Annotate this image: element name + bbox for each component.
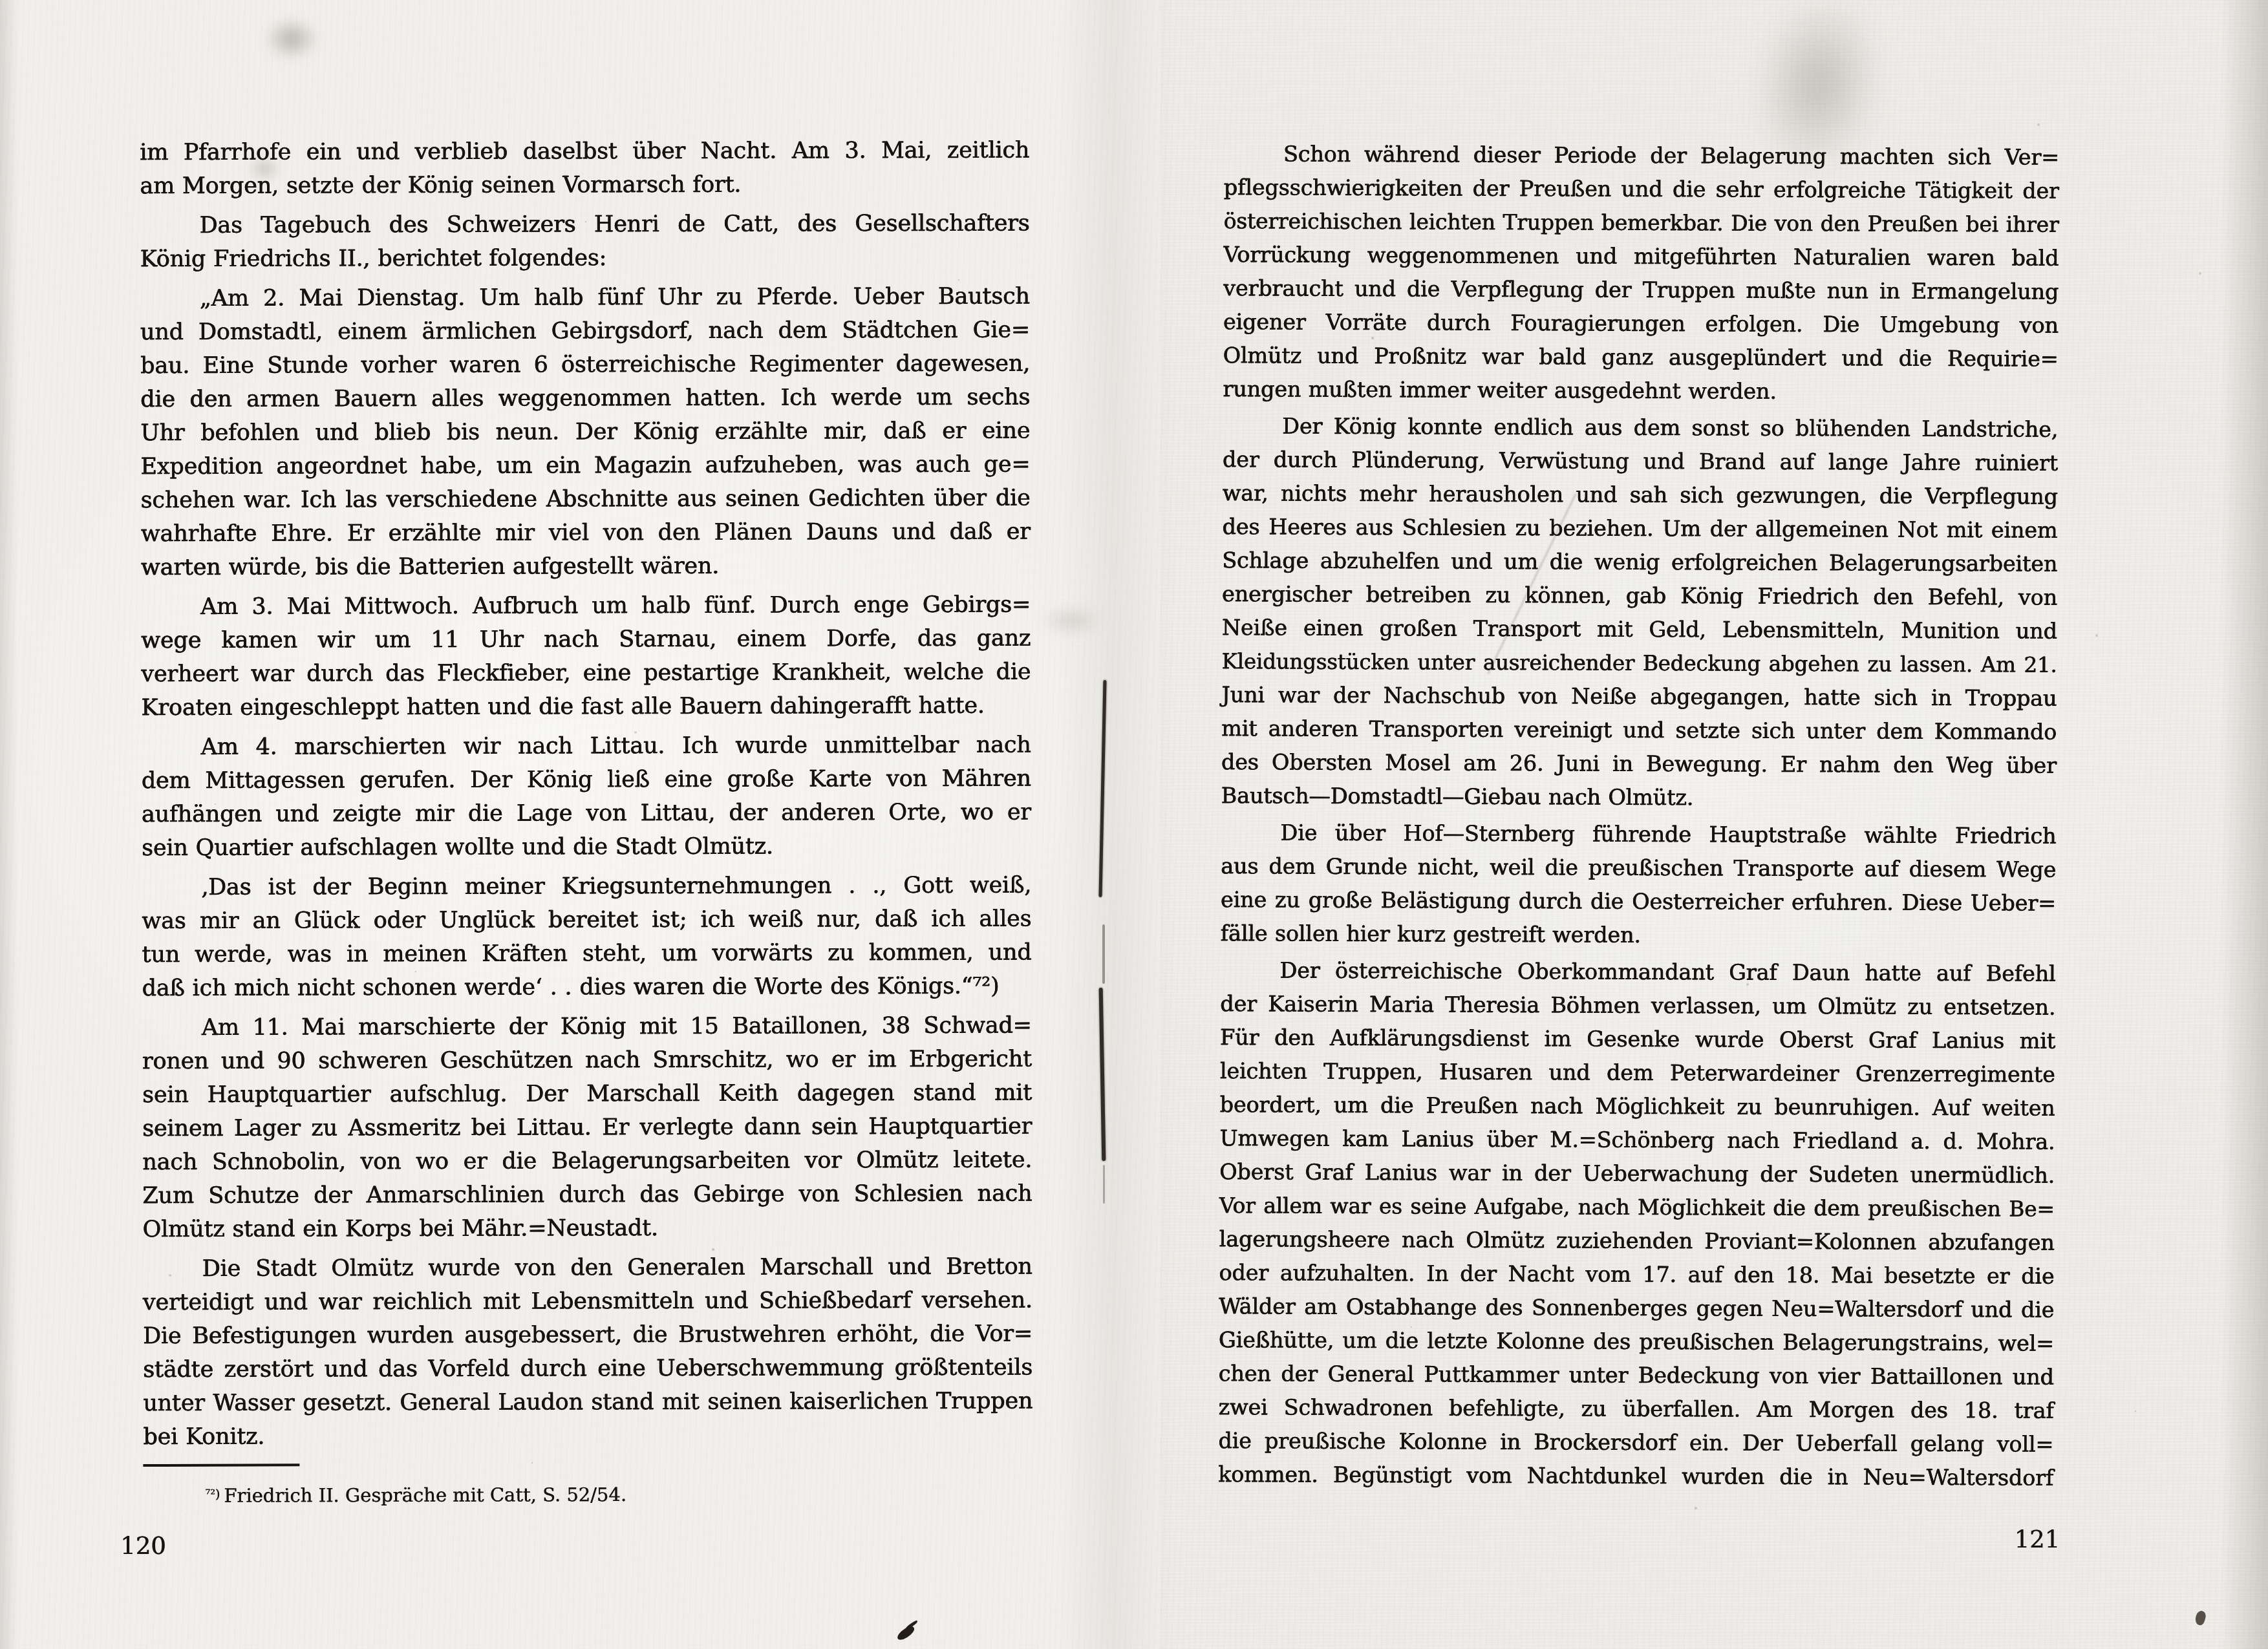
text-line: des Heeres aus Schlesien zu beziehen. Um… bbox=[1222, 510, 2057, 548]
paragraph: Die über Hof—Sternberg führende Hauptstr… bbox=[1221, 816, 2057, 954]
text-line: ronen und 90 schweren Geschützen nach Sm… bbox=[142, 1042, 1032, 1078]
footnote: ⁷²)Friedrich II. Gespräche mit Catt, S. … bbox=[143, 1478, 1032, 1509]
paper-smudge bbox=[1029, 601, 1113, 640]
page-number-left: 120 bbox=[120, 1533, 166, 1559]
text-line: daß ich mich nicht schonen werde‘ . . di… bbox=[142, 969, 1031, 1005]
text-line: Umwegen kam Lanius über M.=Schönberg nac… bbox=[1219, 1122, 2055, 1159]
text-line: im Pfarrhofe ein und verblieb daselbst ü… bbox=[140, 133, 1029, 169]
text-line: nach Schnobolin, von wo er die Belagerun… bbox=[142, 1143, 1032, 1179]
text-line: Das Tagebuch des Schweizers Henri de Cat… bbox=[140, 206, 1029, 242]
footnote-marker: ⁷²) bbox=[205, 1487, 220, 1502]
text-line: warten würde, bis die Batterien aufgeste… bbox=[141, 548, 1031, 584]
text-line: König Friedrichs II., berichtet folgende… bbox=[140, 240, 1029, 276]
text-line: energischer betreiben zu können, gab Kön… bbox=[1222, 577, 2057, 615]
text-line: eigener Vorräte durch Fouragierungen erf… bbox=[1223, 305, 2059, 343]
text-line: Wälder am Ostabhange des Sonnenberges ge… bbox=[1219, 1290, 2054, 1327]
gutter-stitch bbox=[1099, 988, 1106, 1161]
text-line: tun werde, was in meinen Kräften steht, … bbox=[142, 935, 1031, 972]
text-line: städte zerstört und das Vorfeld durch ei… bbox=[143, 1350, 1032, 1387]
text-line: Vorrückung weggenommenen und mitgeführte… bbox=[1223, 238, 2059, 275]
paper-smudge bbox=[253, 9, 330, 69]
text-line: die den armen Bauern alles weggenommen h… bbox=[140, 380, 1030, 416]
text-line: bei Konitz. bbox=[143, 1418, 1032, 1454]
text-line: bau. Eine Stunde vorher waren 6 österrei… bbox=[140, 346, 1030, 383]
text-line: österreichischen leichten Truppen bemerk… bbox=[1223, 204, 2059, 242]
page-right: Schon während dieser Periode der Belager… bbox=[1218, 137, 2059, 1495]
paragraph: ‚Das ist der Beginn meiner Kriegsunterne… bbox=[142, 868, 1032, 1005]
footnote-block: ⁷²)Friedrich II. Gespräche mit Catt, S. … bbox=[143, 1462, 1032, 1509]
text-line: Kleidungsstücken unter ausreichender Bed… bbox=[1221, 644, 2057, 682]
text-line: aufhängen und zeigte mir die Lage von Li… bbox=[142, 795, 1031, 831]
text-line: kommen. Begünstigt vom Nachtdunkel wurde… bbox=[1218, 1458, 2053, 1495]
page-left-text: im Pfarrhofe ein und verblieb daselbst ü… bbox=[140, 133, 1032, 1454]
text-line: Neiße einen großen Transport mit Geld, L… bbox=[1222, 611, 2057, 648]
text-line: Am 4. marschierten wir nach Littau. Ich … bbox=[141, 728, 1031, 764]
text-line: die preußische Kolonne in Brockersdorf e… bbox=[1218, 1424, 2053, 1462]
scan-shadow-left-edge bbox=[0, 0, 18, 1649]
text-line: wahrhafte Ehre. Er erzählte mir viel von… bbox=[141, 515, 1031, 551]
text-line: chen der General Puttkammer unter Bedeck… bbox=[1219, 1357, 2054, 1394]
paragraph: Das Tagebuch des Schweizers Henri de Cat… bbox=[140, 206, 1029, 276]
text-line: verteidigt und war reichlich mit Lebensm… bbox=[143, 1283, 1032, 1319]
text-line: Am 11. Mai marschierte der König mit 15 … bbox=[142, 1008, 1032, 1045]
paragraph: Der König konnte endlich aus dem sonst s… bbox=[1221, 409, 2058, 816]
text-line: zwei Schwadronen befehligte, zu überfall… bbox=[1218, 1390, 2053, 1428]
paragraph: Schon während dieser Periode der Belager… bbox=[1223, 137, 2059, 410]
gutter-shadow bbox=[1060, 0, 1177, 1649]
footnote-text: Friedrich II. Gespräche mit Catt, S. 52/… bbox=[224, 1484, 626, 1507]
paragraph: Am 3. Mai Mittwoch. Aufbruch um halb fün… bbox=[141, 588, 1031, 725]
paragraph: Die Stadt Olmütz wurde von den Generalen… bbox=[143, 1250, 1033, 1454]
text-line: lagerungsheere nach Olmütz zuziehenden P… bbox=[1219, 1222, 2054, 1260]
page-number-right: 121 bbox=[1965, 1527, 2060, 1553]
text-line: Für den Aufklärungsdienst im Gesenke wur… bbox=[1220, 1021, 2055, 1058]
gutter-stitch bbox=[1103, 1165, 1105, 1204]
text-line: Am 3. Mai Mittwoch. Aufbruch um halb fün… bbox=[141, 588, 1031, 624]
text-line: der durch Plünderung, Verwüstung und Bra… bbox=[1223, 443, 2058, 480]
text-line: Uhr befohlen und blieb bis neun. Der Kön… bbox=[140, 414, 1030, 450]
text-line: mit anderen Transporten vereinigt und se… bbox=[1221, 712, 2057, 749]
text-line: Olmütz stand ein Korps bei Mähr.=Neustad… bbox=[142, 1210, 1032, 1246]
text-line: leichten Truppen, Husaren und dem Peterw… bbox=[1220, 1054, 2055, 1092]
text-line: unter Wasser gesetzt. General Laudon sta… bbox=[143, 1384, 1032, 1420]
scan-shadow-right-edge bbox=[2220, 0, 2268, 1649]
text-line: war, nichts mehr herausholen und sah sic… bbox=[1222, 476, 2057, 514]
gutter-stitch bbox=[1098, 680, 1106, 897]
text-line: sein Hauptquartier aufschlug. Der Marsch… bbox=[142, 1076, 1032, 1112]
text-line: Zum Schutze der Anmarschlinien durch das… bbox=[142, 1176, 1032, 1213]
paper-specks bbox=[0, 0, 1, 1]
text-line: „Am 2. Mai Dienstag. Um halb fünf Uhr zu… bbox=[140, 279, 1030, 315]
text-line: verbraucht und die Verpflegung der Trupp… bbox=[1223, 271, 2059, 309]
text-line: sein Quartier aufschlagen wollte und die… bbox=[142, 829, 1031, 865]
text-line: Die Stadt Olmütz wurde von den Generalen… bbox=[143, 1250, 1032, 1286]
text-line: aus dem Grunde nicht, weil die preußisch… bbox=[1221, 849, 2056, 887]
text-line: was mir an Glück oder Unglück bereitet i… bbox=[142, 902, 1031, 938]
text-line: seinem Lager zu Assmeritz bei Littau. Er… bbox=[142, 1109, 1032, 1145]
text-line: Juni war der Nachschub von Neiße abgegan… bbox=[1221, 678, 2057, 716]
text-line: rungen mußten immer weiter ausgedehnt we… bbox=[1223, 372, 2058, 410]
paragraph: Der österreichische Oberkommandant Graf … bbox=[1218, 953, 2056, 1495]
text-line: der Kaiserin Maria Theresia Böhmen verla… bbox=[1220, 987, 2055, 1025]
text-line: wege kamen wir um 11 Uhr nach Starnau, e… bbox=[141, 621, 1031, 657]
text-line: Olmütz und Proßnitz war bald ganz ausgep… bbox=[1223, 339, 2058, 376]
text-line: Expedition angeordnet habe, um ein Magaz… bbox=[140, 447, 1030, 484]
ink-mark bbox=[2194, 1610, 2207, 1626]
text-line: Vor allem war es seine Aufgabe, nach Mög… bbox=[1219, 1189, 2055, 1226]
paragraph: im Pfarrhofe ein und verblieb daselbst ü… bbox=[140, 133, 1029, 203]
text-line: Der König konnte endlich aus dem sonst s… bbox=[1223, 409, 2058, 447]
text-line: Bautsch—Domstadtl—Giebau nach Olmütz. bbox=[1221, 779, 2056, 816]
text-line: des Obersten Mosel am 26. Juni in Bewegu… bbox=[1221, 745, 2057, 783]
book-spread-scan: im Pfarrhofe ein und verblieb daselbst ü… bbox=[0, 0, 2268, 1649]
text-line: Oberst Graf Lanius war in der Ueberwachu… bbox=[1219, 1155, 2055, 1193]
text-line: und Domstadtl, einem ärmlichen Gebirgsdo… bbox=[140, 313, 1030, 349]
gutter-stitch bbox=[1102, 924, 1105, 984]
text-line: dem Mittagessen gerufen. Der König ließ … bbox=[142, 761, 1031, 798]
text-line: Kroaten eingeschleppt hatten und die fas… bbox=[141, 688, 1031, 725]
ink-blot bbox=[895, 1624, 916, 1642]
text-line: eine zu große Belästigung durch die Oest… bbox=[1221, 883, 2056, 920]
paragraph: Am 11. Mai marschierte der König mit 15 … bbox=[142, 1008, 1032, 1246]
paragraph: Am 4. marschierten wir nach Littau. Ich … bbox=[141, 728, 1031, 865]
text-line: beordert, um die Preußen nach Möglichkei… bbox=[1219, 1088, 2055, 1125]
text-line: am Morgen, setzte der König seinen Vorma… bbox=[140, 167, 1029, 203]
text-line: Schon während dieser Periode der Belager… bbox=[1224, 137, 2059, 175]
text-line: Der österreichische Oberkommandant Graf … bbox=[1220, 953, 2055, 991]
footnote-separator bbox=[143, 1463, 299, 1467]
page-left: im Pfarrhofe ein und verblieb daselbst ü… bbox=[140, 133, 1033, 1509]
text-line: schehen war. Ich las verschiedene Abschn… bbox=[140, 481, 1030, 517]
text-line: Die Befestigungen wurden ausgebessert, d… bbox=[143, 1317, 1032, 1353]
text-line: Die über Hof—Sternberg führende Hauptstr… bbox=[1221, 816, 2056, 853]
text-line: Schlage abzuhelfen und um die wenig erfo… bbox=[1222, 544, 2057, 581]
text-line: ‚Das ist der Beginn meiner Kriegsunterne… bbox=[142, 868, 1031, 904]
text-line: Gießhütte, um die letzte Kolonne des pre… bbox=[1219, 1323, 2054, 1361]
text-line: fälle sollen hier kurz gestreift werden. bbox=[1221, 917, 2056, 954]
page-right-text: Schon während dieser Periode der Belager… bbox=[1218, 137, 2059, 1495]
text-line: pflegsschwierigkeiten der Preußen und di… bbox=[1224, 171, 2059, 208]
text-line: verheert war durch das Fleckfieber, eine… bbox=[141, 655, 1031, 691]
paragraph: „Am 2. Mai Dienstag. Um halb fünf Uhr zu… bbox=[140, 279, 1031, 584]
text-line: oder aufzuhalten. In der Nacht vom 17. a… bbox=[1219, 1256, 2054, 1293]
